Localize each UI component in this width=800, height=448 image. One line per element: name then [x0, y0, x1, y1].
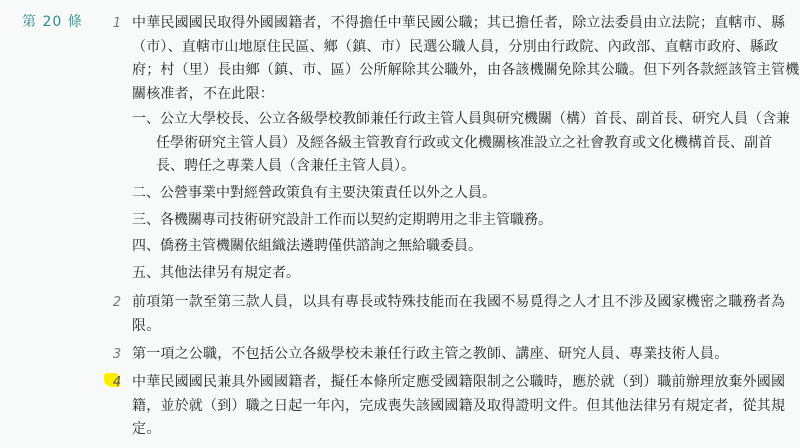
- text-line: 府；村（里）長由鄉（鎮、市、區）公所解除其公職外，由各該機關免除其公職。但下列各…: [132, 59, 728, 83]
- text-line: （市）、直轄市山地原住民區、鄉（鎮、市）民選公職人員，分別由行政院、內政部、直轄…: [132, 36, 728, 60]
- text-line: 五、其他法律另有規定者。: [132, 262, 772, 286]
- text-line: 任學術研究主管人員）及經各級主管教育行政或文化機關核准設立之社會教育或文化機構首…: [132, 132, 772, 156]
- paragraph-number: 1: [110, 12, 124, 36]
- text-line: 三、各機關專司技術研究設計工作而以契約定期聘用之非主管職務。: [132, 209, 772, 233]
- paragraph-number: 2: [110, 291, 124, 315]
- list-item-5: 五、其他法律另有規定者。: [132, 262, 772, 286]
- text-line: 第一項之公職，不包括公立各級學校未兼任行政主管之教師、講座、研究人員、專業技術人…: [132, 343, 728, 367]
- list-item-3: 三、各機關專司技術研究設計工作而以契約定期聘用之非主管職務。: [132, 209, 772, 233]
- text-line: 籍，並於就（到）職之日起一年內，完成喪失該國國籍及取得證明文件。但其他法律另有規…: [132, 395, 728, 419]
- paragraph-text: 中華民國國民取得外國國籍者，不得擔任中華民國公職；其已擔任者，除立法委員由立法院…: [132, 12, 728, 106]
- law-article: 第 20 條 1 中華民國國民取得外國國籍者，不得擔任中華民國公職；其已擔任者，…: [0, 0, 800, 448]
- paragraph-text: 前項第一款至第三款人員，以具有專長或特殊技能而在我國不易覓得之人才且不涉及國家機…: [132, 291, 728, 338]
- text-line: 前項第一款至第三款人員，以具有專長或特殊技能而在我國不易覓得之人才且不涉及國家機…: [132, 291, 728, 315]
- paragraph-number: 3: [110, 343, 124, 367]
- text-line: 長、聘任之專業人員（含兼任主管人員）。: [132, 155, 772, 179]
- text-line: 定。: [132, 418, 728, 442]
- list-item-4: 四、僑務主管機關依組織法遴聘僅供諮詢之無給職委員。: [132, 235, 772, 259]
- text-line: 二、公營事業中對經營政策負有主要決策責任以外之人員。: [132, 182, 772, 206]
- paragraph-number-highlighted: 4: [110, 371, 124, 395]
- text-line: 限。: [132, 315, 728, 339]
- list-item-2: 二、公營事業中對經營政策負有主要決策責任以外之人員。: [132, 182, 772, 206]
- article-number: 第 20 條: [22, 12, 83, 32]
- text-line: 關核准者，不在此限：: [132, 83, 728, 107]
- paragraph-text: 中華民國國民兼具外國國籍者，擬任本條所定應受國籍限制之公職時，應於就（到）職前辦…: [132, 371, 728, 442]
- text-line: 一、公立大學校長、公立各級學校教師兼任行政主管人員與研究機關（構）首長、副首長、…: [132, 108, 772, 132]
- text-line: 四、僑務主管機關依組織法遴聘僅供諮詢之無給職委員。: [132, 235, 772, 259]
- text-line: 中華民國國民取得外國國籍者，不得擔任中華民國公職；其已擔任者，除立法委員由立法院…: [132, 12, 728, 36]
- paragraph-text: 第一項之公職，不包括公立各級學校未兼任行政主管之教師、講座、研究人員、專業技術人…: [132, 343, 728, 367]
- text-line: 中華民國國民兼具外國國籍者，擬任本條所定應受國籍限制之公職時，應於就（到）職前辦…: [132, 371, 728, 395]
- list-item-1: 一、公立大學校長、公立各級學校教師兼任行政主管人員與研究機關（構）首長、副首長、…: [132, 108, 772, 179]
